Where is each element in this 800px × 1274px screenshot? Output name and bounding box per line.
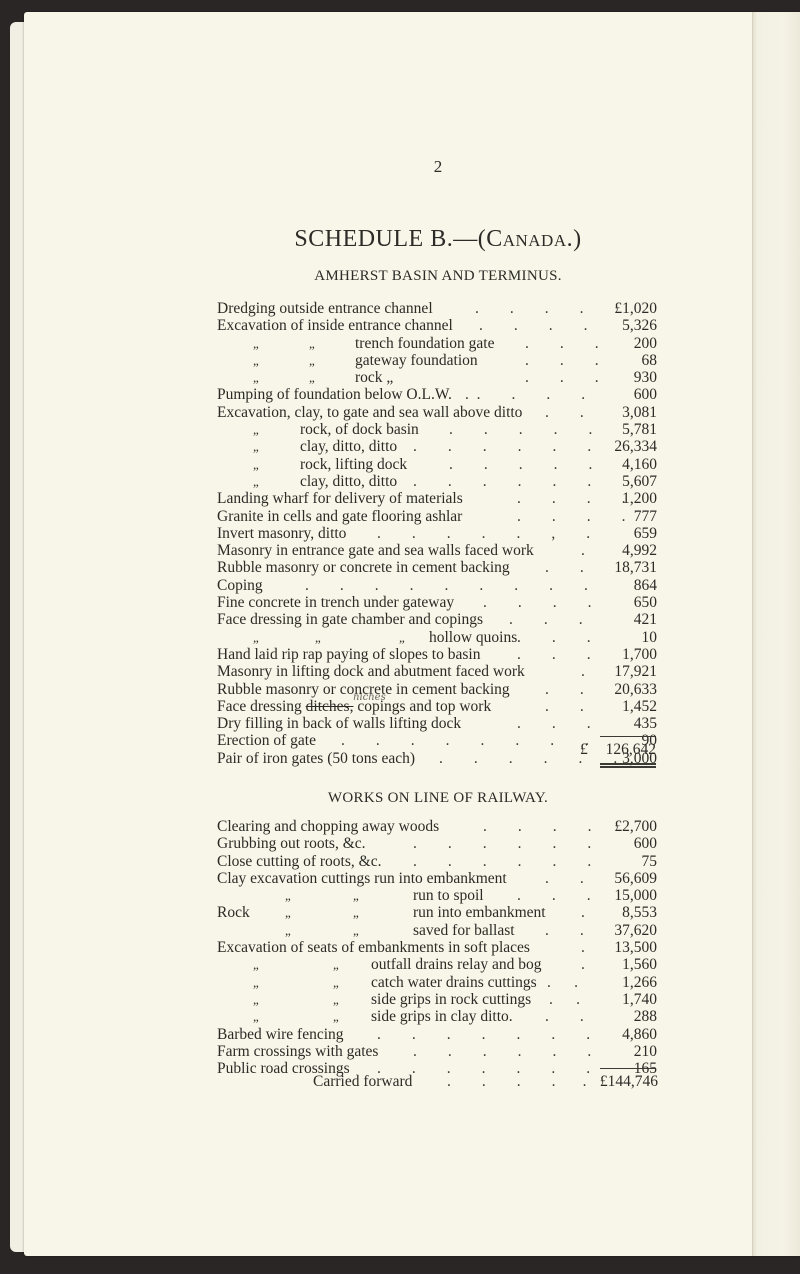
table-row: „ „ catch water drains cuttings . . 1,26…	[217, 974, 657, 991]
item-amount: 1,452	[622, 698, 657, 715]
leader-dots: . . .	[517, 629, 591, 646]
leader-dots: . . .	[517, 646, 591, 663]
ditto-mark: „	[309, 335, 315, 352]
table-row: „ „ gateway foundation . . . 68	[217, 352, 657, 369]
subtotal-rule	[600, 736, 656, 737]
item-description: Pumping of foundation below O.L.W.	[217, 386, 452, 403]
table-row: „ rock, of dock basin . . . . . 5,781	[217, 421, 657, 438]
item-description: Grubbing out roots, &c.	[217, 835, 366, 852]
amherst-schedule-table: Dredging outside entrance channel . . . …	[217, 300, 657, 767]
leader-dots: .	[581, 663, 585, 680]
table-row: Dry filling in back of walls lifting doc…	[217, 715, 657, 732]
item-amount: £2,700	[614, 818, 657, 835]
table-row: Clearing and chopping away woods . . . .…	[217, 818, 657, 835]
total-double-rule-top	[600, 763, 656, 765]
leader-dots: . . . .	[475, 300, 584, 317]
total-double-rule-bottom	[600, 766, 656, 768]
ditto-mark: „	[315, 629, 321, 646]
ditto-mark: „	[399, 629, 405, 646]
item-description: hollow quoins	[429, 629, 517, 646]
item-description: Masonry in lifting dock and abutment fac…	[217, 663, 525, 680]
ditto-mark: „	[333, 956, 339, 973]
ditto-mark: „	[309, 352, 315, 369]
leader-dots: . . .	[525, 352, 599, 369]
table-row: Farm crossings with gates . . . . . . 21…	[217, 1043, 657, 1060]
item-description: saved for ballast	[413, 922, 515, 939]
ditto-mark: „	[253, 438, 259, 455]
item-description: Excavation of inside entrance channel	[217, 317, 453, 334]
table-row: „ rock, lifting dock . . . . . 4,160	[217, 456, 657, 473]
item-description: catch water drains cuttings	[371, 974, 537, 991]
item-description: trench foundation gate	[355, 335, 494, 352]
item-amount: 4,160	[622, 456, 657, 473]
item-amount: 17,921	[614, 663, 657, 680]
ditto-mark: „	[309, 369, 315, 386]
table-row: Landing wharf for delivery of materials …	[217, 490, 657, 507]
item-description: gateway foundation	[355, 352, 478, 369]
leader-dots: . .	[545, 559, 584, 576]
leader-dots: .	[581, 939, 585, 956]
title-close: )	[573, 226, 582, 252]
table-row: „ „ outfall drains relay and bog . 1,560	[217, 956, 657, 973]
item-description: Rubble masonry or concrete in cement bac…	[217, 559, 510, 576]
leader-dots: . .	[545, 922, 584, 939]
leader-dots: .	[581, 904, 585, 921]
item-amount: 288	[634, 1008, 657, 1025]
item-description: rock „	[355, 369, 393, 386]
item-description: Dry filling in back of walls lifting doc…	[217, 715, 461, 732]
table-row: „ „ trench foundation gate . . . 200	[217, 335, 657, 352]
item-amount: 930	[634, 369, 657, 386]
title-country: Canada.	[486, 226, 573, 252]
section-heading-railway: WORKS ON LINE OF RAILWAY.	[0, 790, 800, 807]
item-amount: 20,633	[614, 681, 657, 698]
item-description: rock, lifting dock	[300, 456, 407, 473]
item-amount: 435	[634, 715, 657, 732]
table-row: „ „ „ hollow quoins . . . 10	[217, 629, 657, 646]
leader-dots: . .	[545, 681, 584, 698]
struck-text: ditches,	[306, 698, 354, 715]
table-row: Coping . . . . . . . . . 864	[217, 577, 657, 594]
table-row: Rubble masonry or concrete in cement bac…	[217, 681, 657, 698]
item-description: Fine concrete in trench under gateway	[217, 594, 454, 611]
item-description: Hand laid rip rap paying of slopes to ba…	[217, 646, 480, 663]
ditto-mark: „	[253, 335, 259, 352]
item-description: Masonry in entrance gate and sea walls f…	[217, 542, 534, 559]
total-currency-symbol: £	[580, 741, 588, 759]
leader-dots: . . . .	[517, 508, 626, 525]
table-row: „ „ saved for ballast . . 37,620	[217, 922, 657, 939]
leader-dots: . .	[549, 991, 580, 1008]
table-row: „ „ run to spoil . . . 15,000	[217, 887, 657, 904]
item-amount: 8,553	[622, 904, 657, 921]
table-row: Close cutting of roots, &c. . . . . . . …	[217, 853, 657, 870]
ditto-mark: „	[353, 887, 359, 904]
ditto-mark: „	[253, 421, 259, 438]
item-description: outfall drains relay and bog	[371, 956, 541, 973]
item-amount: 18,731	[614, 559, 657, 576]
leader-dots: . . . . . . .	[377, 1026, 590, 1043]
leader-dots: . .	[547, 974, 578, 991]
leader-dots: . . . .	[483, 818, 592, 835]
leader-dots: . . .	[517, 887, 591, 904]
table-row: Rubble masonry or concrete in cement bac…	[217, 559, 657, 576]
item-amount: 10	[642, 629, 658, 646]
item-amount: 75	[642, 853, 658, 870]
leader-dots: . .	[545, 404, 584, 421]
carried-forward-label: Carried forward	[313, 1073, 412, 1091]
table-row: Barbed wire fencing . . . . . . . 4,860	[217, 1026, 657, 1043]
item-description: Landing wharf for delivery of materials	[217, 490, 463, 507]
leader-dots: . .	[545, 698, 584, 715]
leader-dots: . . .	[517, 715, 591, 732]
item-description: Coping	[217, 577, 263, 594]
item-description: clay, ditto, ditto	[300, 438, 397, 455]
table-row: Fine concrete in trench under gateway . …	[217, 594, 657, 611]
item-amount: 3,081	[622, 404, 657, 421]
leader-dots: . . .	[525, 369, 599, 386]
carried-forward-amount: £144,746	[590, 1073, 658, 1091]
leader-dots: . . . . . . . .	[341, 732, 589, 749]
ditto-mark: „	[333, 974, 339, 991]
handwritten-correction: niches	[353, 689, 386, 706]
item-description: rock, of dock basin	[300, 421, 419, 438]
item-description: Face dressing in gate chamber and coping…	[217, 611, 483, 628]
ditto-mark: „	[253, 629, 259, 646]
table-row: „ „ side grips in clay ditto. . . 288	[217, 1008, 657, 1025]
item-amount: 13,500	[614, 939, 657, 956]
table-row: Pumping of foundation below O.L.W. . . .…	[217, 386, 657, 403]
item-description: Excavation of seats of embankments in so…	[217, 939, 530, 956]
row-lead-label: Rock	[217, 904, 250, 921]
ditto-mark: „	[253, 473, 259, 490]
item-amount: 1,200	[622, 490, 657, 507]
item-amount: 650	[634, 594, 657, 611]
item-description: Pair of iron gates (50 tons each)	[217, 750, 415, 767]
table-row: „ „ rock „ . . . 930	[217, 369, 657, 386]
item-description: Excavation, clay, to gate and sea wall a…	[217, 404, 522, 421]
table-row: Granite in cells and gate flooring ashla…	[217, 508, 657, 525]
carried-forward-rule	[600, 1068, 656, 1069]
item-description: Granite in cells and gate flooring ashla…	[217, 508, 462, 525]
item-amount: 777	[634, 508, 657, 525]
table-row: Dredging outside entrance channel . . . …	[217, 300, 657, 317]
leader-dots: . . . . . .	[413, 473, 591, 490]
leader-dots: . . . .	[483, 594, 592, 611]
ditto-mark: „	[253, 352, 259, 369]
leader-dots: . . . . . .	[413, 853, 591, 870]
item-amount: 4,992	[622, 542, 657, 559]
ditto-mark: „	[353, 922, 359, 939]
ditto-mark: „	[253, 956, 259, 973]
item-amount: 421	[634, 611, 657, 628]
table-row: „ clay, ditto, ditto . . . . . . 5,607	[217, 473, 657, 490]
item-description: side grips in rock cuttings	[371, 991, 531, 1008]
table-row: Rock „ „ run into embankment . 8,553	[217, 904, 657, 921]
leader-dots: . . . . .	[465, 386, 585, 403]
item-description: Farm crossings with gates	[217, 1043, 378, 1060]
page-title: SCHEDULE B.—(Canada.)	[0, 226, 800, 253]
item-amount: 26,334	[614, 438, 657, 455]
table-row: „ clay, ditto, ditto . . . . . . 26,334	[217, 438, 657, 455]
table-row: Clay excavation cuttings run into embank…	[217, 870, 657, 887]
item-amount: 1,560	[622, 956, 657, 973]
leader-dots: . . . . .	[449, 421, 592, 438]
item-amount: 37,620	[614, 922, 657, 939]
item-amount: 210	[634, 1043, 657, 1060]
item-description: Clearing and chopping away woods	[217, 818, 439, 835]
item-description: Invert masonry, ditto	[217, 525, 346, 542]
leader-dots: . . . . .	[447, 1073, 587, 1091]
leader-dots: .	[581, 956, 585, 973]
leader-dots: . . .	[509, 611, 583, 628]
leader-dots: . .	[545, 870, 584, 887]
item-amount: 5,326	[622, 317, 657, 334]
table-row: Masonry in lifting dock and abutment fac…	[217, 663, 657, 680]
railway-schedule-table: Clearing and chopping away woods . . . .…	[217, 818, 657, 1077]
table-row: Invert masonry, ditto . . . . . , . 659	[217, 525, 657, 542]
ditto-mark: „	[285, 887, 291, 904]
ditto-mark: „	[333, 1008, 339, 1025]
facing-page-edge	[752, 12, 800, 1256]
item-amount: £1,020	[614, 300, 657, 317]
leader-dots: . . . . . .	[439, 750, 617, 767]
leader-dots: . .	[545, 1008, 584, 1025]
ditto-mark: „	[253, 991, 259, 1008]
item-amount: 4,860	[622, 1026, 657, 1043]
item-description: Erection of gate	[217, 732, 316, 749]
item-amount: 1,700	[622, 646, 657, 663]
ditto-mark: „	[353, 904, 359, 921]
table-row: Face dressing in gate chamber and coping…	[217, 611, 657, 628]
table-row: Hand laid rip rap paying of slopes to ba…	[217, 646, 657, 663]
table-row-annotated: Face dressing ditches, copings and top w…	[217, 698, 657, 715]
item-description: Barbed wire fencing	[217, 1026, 344, 1043]
leader-dots: . . . .	[479, 317, 588, 334]
item-amount: 659	[634, 525, 657, 542]
item-amount: 5,607	[622, 473, 657, 490]
item-description: clay, ditto, ditto	[300, 473, 397, 490]
leader-dots: . . . . . .	[413, 835, 591, 852]
page-number: 2	[0, 157, 800, 177]
item-description: run into embankment	[413, 904, 546, 921]
ditto-mark: „	[253, 456, 259, 473]
item-description: side grips in clay ditto.	[371, 1008, 513, 1025]
item-amount: 1,266	[622, 974, 657, 991]
table-row: „ „ side grips in rock cuttings . . 1,74…	[217, 991, 657, 1008]
item-description: Close cutting of roots, &c.	[217, 853, 381, 870]
item-description: run to spoil	[413, 887, 484, 904]
item-description: Clay excavation cuttings run into embank…	[217, 870, 507, 887]
table-row: Excavation of seats of embankments in so…	[217, 939, 657, 956]
ditto-mark: „	[253, 974, 259, 991]
item-amount: 864	[634, 577, 657, 594]
item-amount: 15,000	[614, 887, 657, 904]
item-amount: 68	[642, 352, 658, 369]
ditto-mark: „	[333, 991, 339, 1008]
section-total: 126,642	[598, 741, 656, 759]
table-row: Erection of gate . . . . . . . . 90	[217, 732, 657, 749]
item-amount: 600	[634, 835, 657, 852]
item-amount: 200	[634, 335, 657, 352]
item-amount: 1,740	[622, 991, 657, 1008]
item-description: Dredging outside entrance channel	[217, 300, 433, 317]
leader-dots: . . . . .	[449, 456, 592, 473]
ditto-mark: „	[285, 904, 291, 921]
ditto-mark: „	[253, 1008, 259, 1025]
item-amount: 5,781	[622, 421, 657, 438]
table-row: Pair of iron gates (50 tons each) . . . …	[217, 750, 657, 767]
leader-dots: . . . . . . . . .	[305, 577, 588, 594]
leader-dots: .	[581, 542, 585, 559]
item-amount: 600	[634, 386, 657, 403]
title-main: SCHEDULE B.—(	[294, 226, 486, 252]
leader-dots: . . . . . .	[413, 438, 591, 455]
leader-dots: . . .	[525, 335, 599, 352]
leader-dots: . . . . . , .	[377, 525, 590, 542]
table-row: Masonry in entrance gate and sea walls f…	[217, 542, 657, 559]
ditto-mark: „	[285, 922, 291, 939]
section-heading-amherst: AMHERST BASIN AND TERMINUS.	[0, 268, 800, 285]
table-row: Excavation, clay, to gate and sea wall a…	[217, 404, 657, 421]
table-row: Excavation of inside entrance channel . …	[217, 317, 657, 334]
leader-dots: . . . . . .	[413, 1043, 591, 1060]
ditto-mark: „	[253, 369, 259, 386]
table-row: Grubbing out roots, &c. . . . . . . 600	[217, 835, 657, 852]
item-amount: 56,609	[614, 870, 657, 887]
leader-dots: . . . .	[517, 490, 626, 507]
